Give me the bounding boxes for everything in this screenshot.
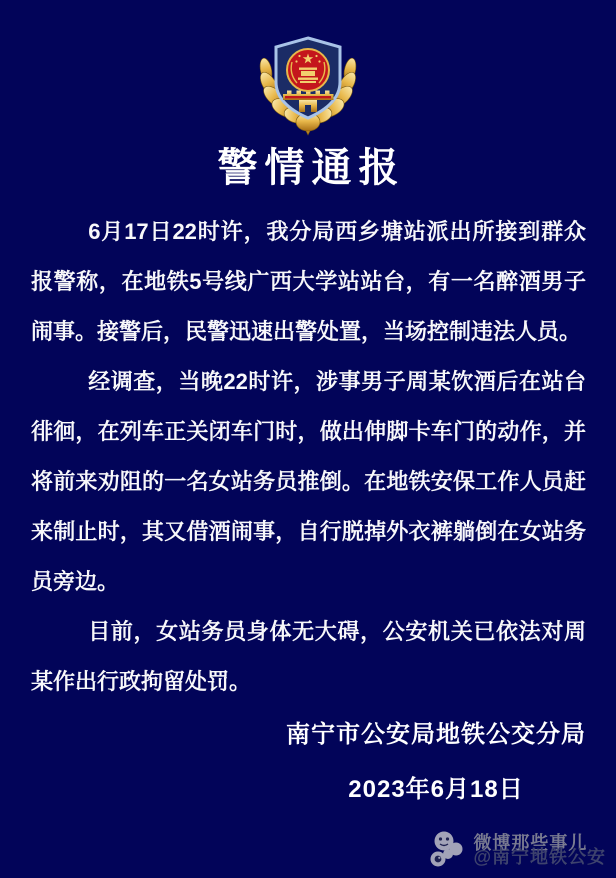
notice-title: 警情通报: [0, 136, 616, 193]
police-notice-poster: 警情通报 6月17日22时许，我分局西乡塘站派出所接到群众报警称，在地铁5号线广…: [0, 0, 616, 878]
national-emblem: [287, 49, 329, 91]
police-badge-emblem: [244, 32, 372, 136]
notice-paragraph-2: 经调查，当晚22时许，涉事男子周某饮酒后在站台徘徊，在列车正关闭车门时，做出伸脚…: [31, 357, 586, 607]
notice-paragraph-1: 6月17日22时许，我分局西乡塘站派出所接到群众报警称，在地铁5号线广西大学站站…: [31, 207, 586, 357]
notice-body: 6月17日22时许，我分局西乡塘站派出所接到群众报警称，在地铁5号线广西大学站站…: [31, 207, 586, 707]
weibo-account-logo-icon: [427, 828, 469, 872]
watermark-text: 微博那些事儿 @南宁地铁公安: [473, 834, 606, 866]
notice-paragraph-3: 目前，女站务员身体无大碍，公安机关已依法对周某作出行政拘留处罚。: [31, 607, 586, 707]
watermark: 微博那些事儿 @南宁地铁公安: [427, 828, 606, 872]
watermark-account-handle: @南宁地铁公安: [473, 848, 606, 866]
police-badge-icon: [244, 32, 372, 136]
notice-date: 2023年6月18日: [286, 769, 586, 804]
issuer-signature: 南宁市公安局地铁公交分局: [286, 714, 586, 749]
signature-block: 南宁市公安局地铁公交分局 2023年6月18日: [286, 714, 586, 804]
